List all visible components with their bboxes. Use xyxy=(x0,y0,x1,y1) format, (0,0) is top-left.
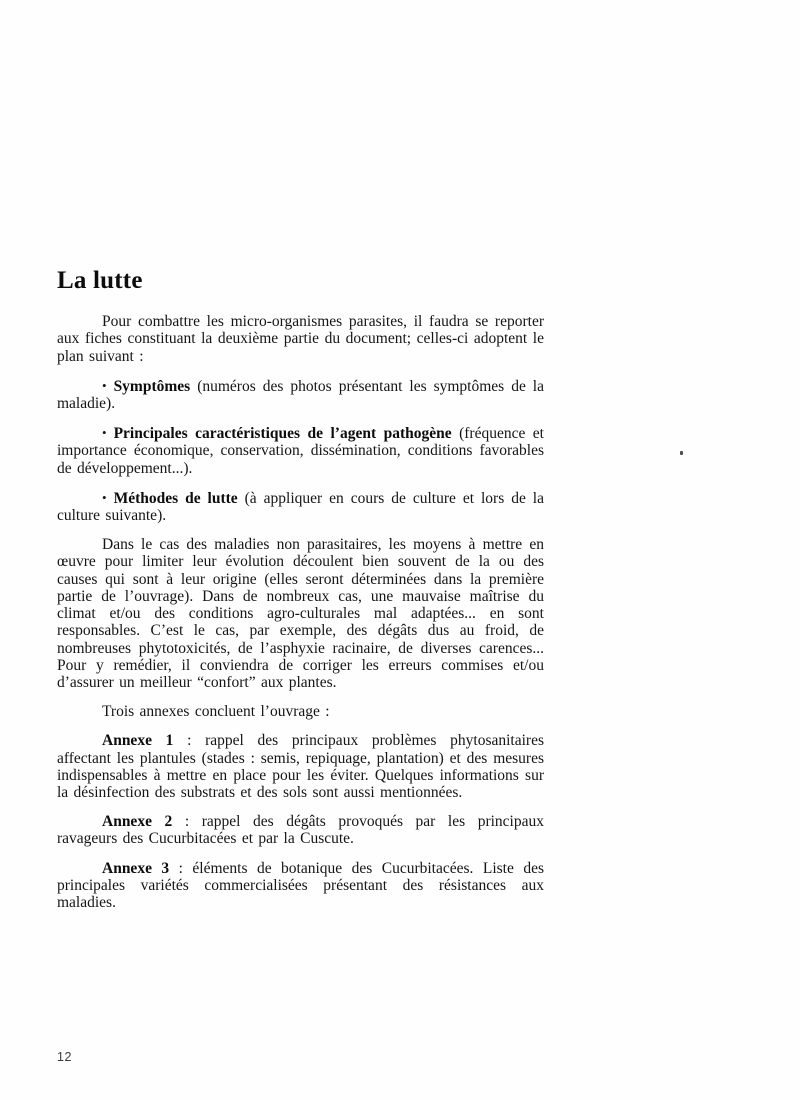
bullet-lead-symptomes: Symptômes xyxy=(114,378,191,395)
bullet-icon: • xyxy=(102,377,107,394)
annexe-1-paragraph: Annexe 1 : rappel des principaux problèm… xyxy=(57,732,544,801)
bullet-lead-methodes: Méthodes de lutte xyxy=(114,490,238,507)
paragraph-maladies-non-parasitaires: Dans le cas des maladies non parasitaire… xyxy=(57,536,544,691)
page-title: La lutte xyxy=(57,268,544,294)
bullet-item-methodes: •Méthodes de lutte (à appliquer en cours… xyxy=(57,489,544,524)
annexe-2-lead: Annexe 2 xyxy=(102,813,172,830)
annexe-3-paragraph: Annexe 3 : éléments de botanique des Cuc… xyxy=(57,860,544,912)
annexe-1-lead: Annexe 1 xyxy=(102,732,173,749)
annexe-2-paragraph: Annexe 2 : rappel des dégâts provoqués p… xyxy=(57,813,544,847)
bullet-icon: • xyxy=(102,424,107,441)
annexe-3-lead: Annexe 3 xyxy=(102,860,169,877)
bullet-icon: • xyxy=(102,489,107,506)
bullet-item-caracteristiques: •Principales caractéristiques de l’agent… xyxy=(57,424,544,477)
bullet-lead-caracteristiques: Principales caractéristiques de l’agent … xyxy=(114,425,452,442)
annexes-intro: Trois annexes concluent l’ouvrage : xyxy=(57,703,544,720)
bullet-item-symptomes: •Symptômes (numéros des photos présentan… xyxy=(57,377,544,412)
scan-speck xyxy=(680,451,683,455)
page-number: 12 xyxy=(57,1050,72,1064)
document-page: La lutte Pour combattre les micro-organi… xyxy=(57,268,544,923)
intro-paragraph: Pour combattre les micro-organismes para… xyxy=(57,313,544,365)
